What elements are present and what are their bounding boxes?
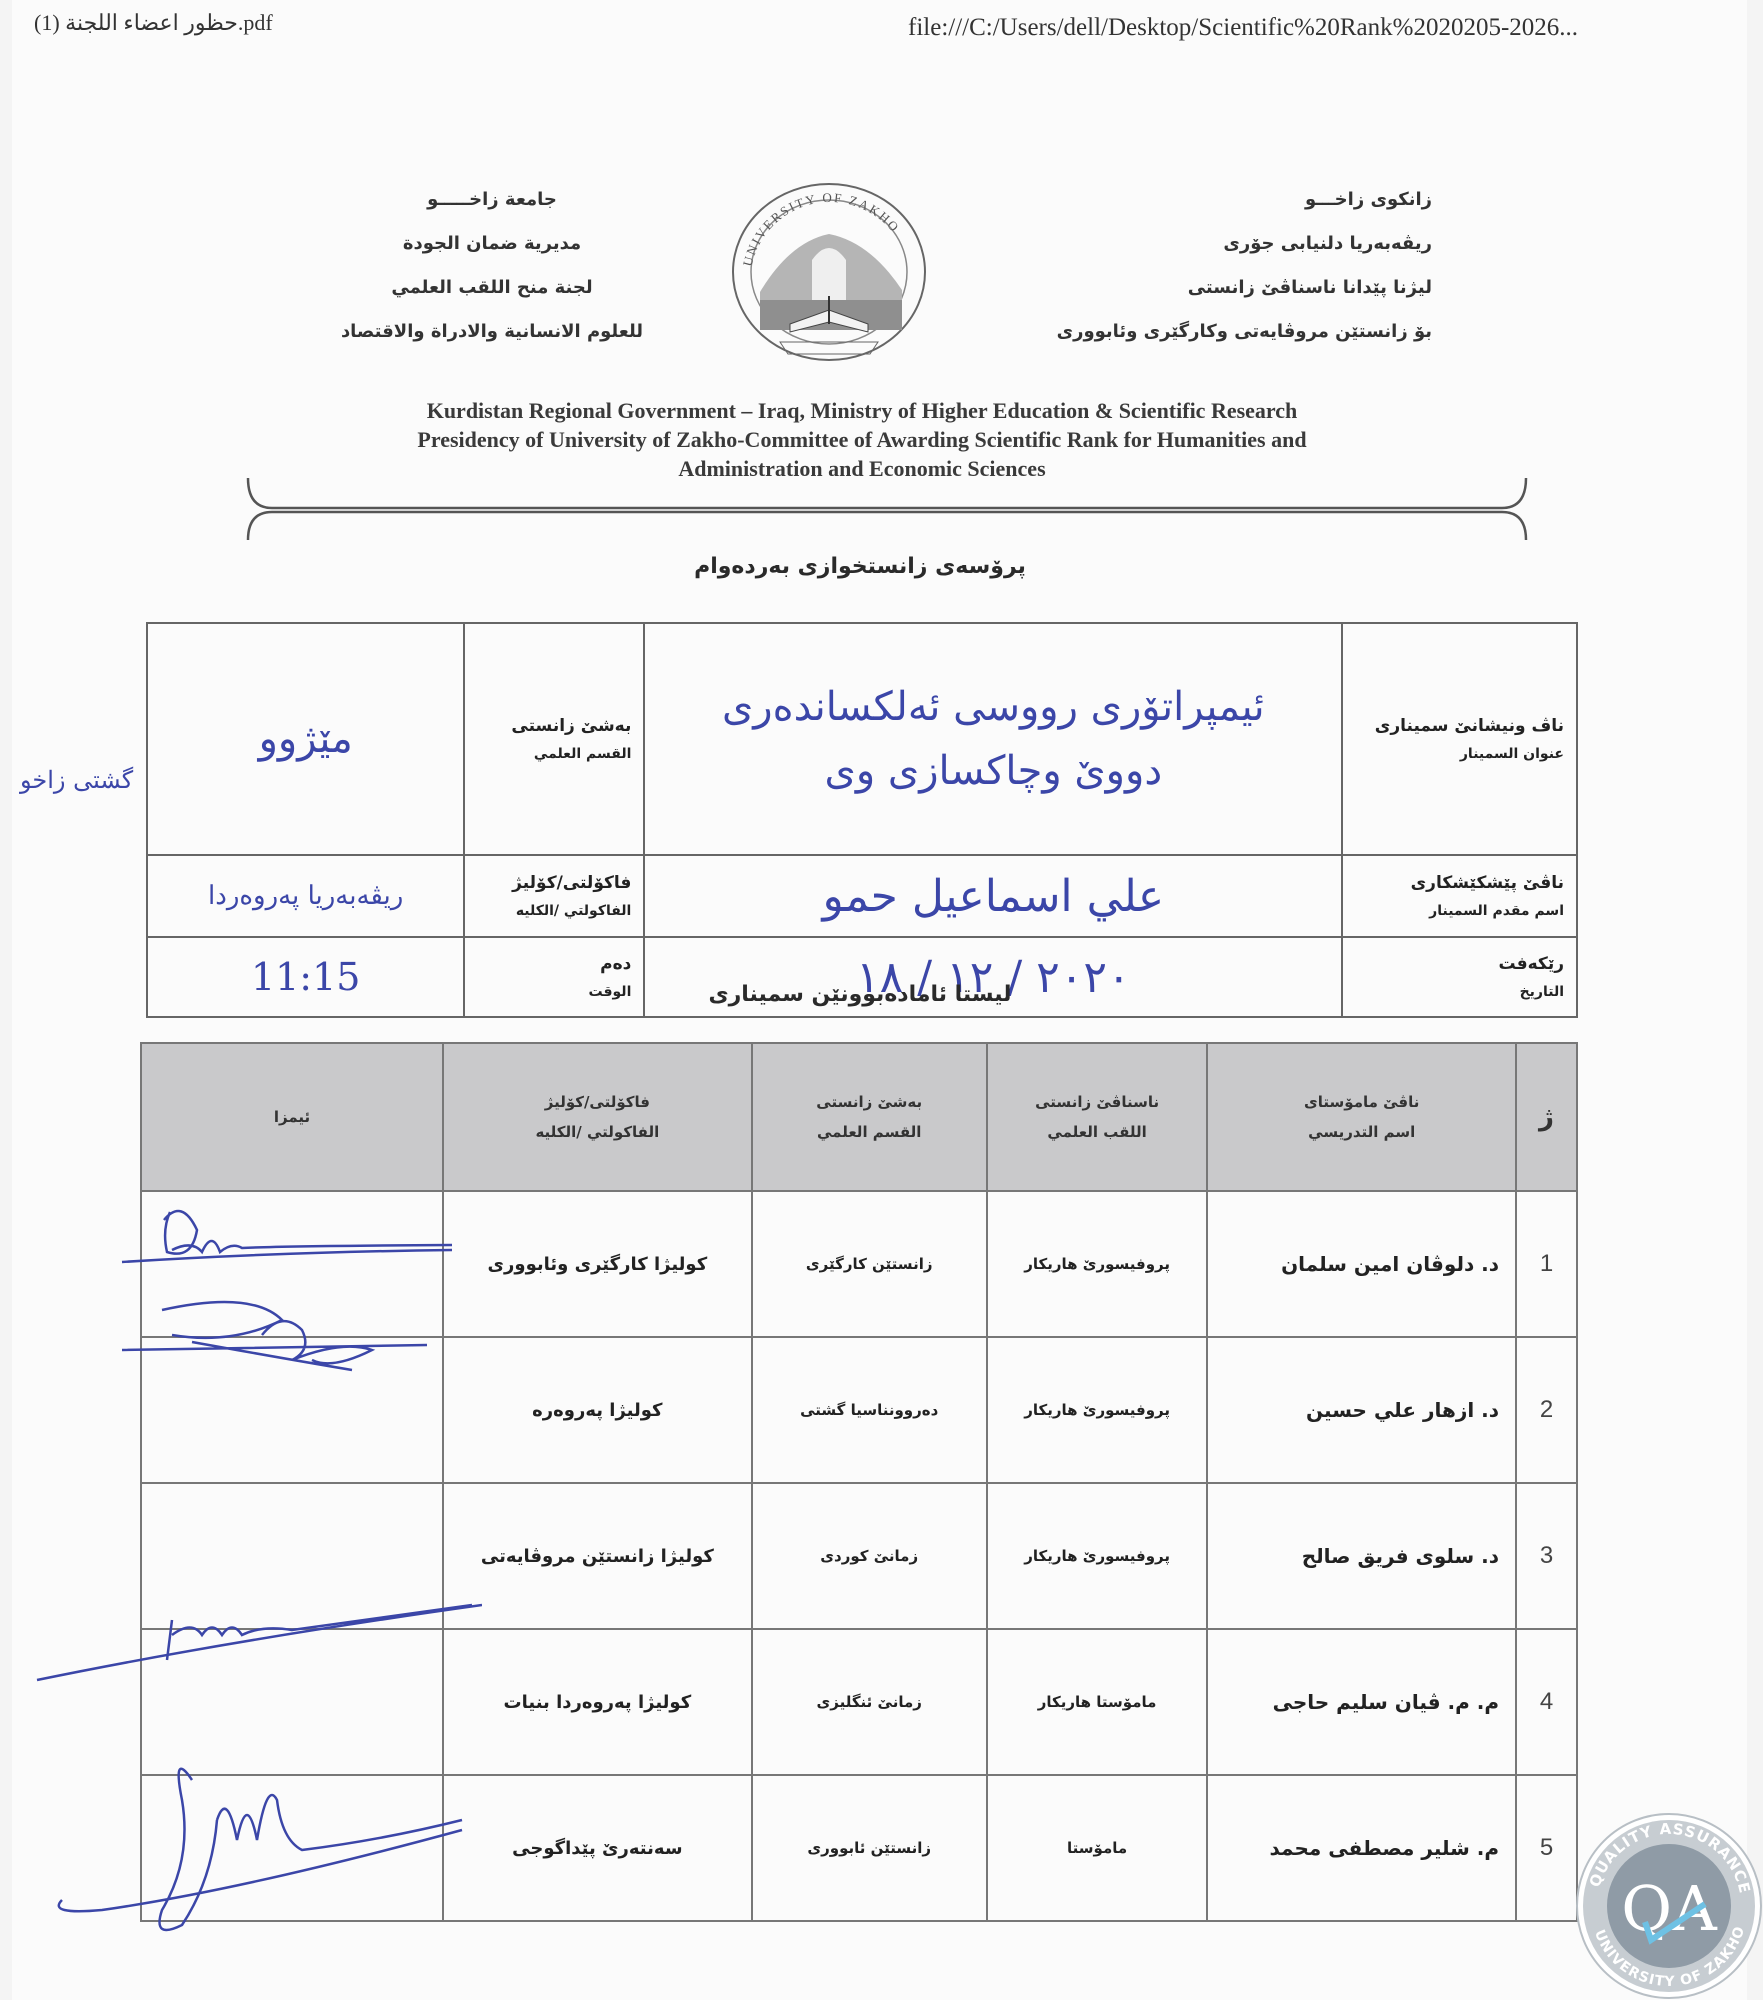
letterhead-line: زانكوى زاخـــو <box>1012 178 1432 222</box>
rank-cell: مامۆستا هاريكار <box>987 1629 1208 1775</box>
label-ar: القسم العلمي <box>477 741 631 767</box>
signature-cell <box>141 1629 443 1775</box>
header-ku: ناڤێ مامۆستای <box>1209 1087 1514 1117</box>
attendance-table: ئیمزا فاکۆلتی/کۆلیژ الفاكولتي /الكليه بە… <box>140 1042 1578 1922</box>
pdf-file-url: file:///C:/Users/dell/Desktop/Scientific… <box>908 14 1578 42</box>
letterhead-line: مديرية ضمان الجودة <box>292 222 692 266</box>
header-ku: فاکۆلتی/کۆلیژ <box>445 1087 749 1117</box>
name-cell: م. شلير مصطفى محمد <box>1207 1775 1516 1921</box>
signature-cell <box>141 1775 443 1921</box>
letterhead-line: ريڤەبەريا دلنيابى جۆرى <box>1012 222 1432 266</box>
number-cell: 5 <box>1516 1775 1577 1921</box>
department-cell: زمانێ ئنگليزى <box>752 1629 987 1775</box>
table-row: سەنتەرێ پێداگوجى زانستێن ئابوورى مامۆستا… <box>141 1775 1577 1921</box>
letterhead-kurdish: زانكوى زاخـــو ريڤەبەريا دلنيابى جۆرى لي… <box>1012 178 1432 354</box>
seminar-section-title: پرۆسەی زانستخوازی بەردەوام <box>560 554 1160 579</box>
faculty-cell: كوليژا پەروەرە <box>443 1337 751 1483</box>
header-ar: القسم العلمي <box>754 1117 985 1147</box>
label-ku: بەشێ زانستی <box>511 716 631 736</box>
letterhead-english-line: Kurdistan Regional Government – Iraq, Mi… <box>312 396 1412 425</box>
seminar-title-value: ئیمپراتۆری رووسی ئەلکساندەری دووێ وچاکسا… <box>644 623 1342 855</box>
label-ar: اسم مقدم السمينار <box>1355 898 1564 924</box>
number-cell: 1 <box>1516 1191 1577 1337</box>
table-row: كوليژا پەروەرە دەروونناسيا گشتى پروفيسور… <box>141 1337 1577 1483</box>
letterhead-line: جامعة زاخـــــو <box>292 178 692 222</box>
attendance-section-title: ليستا ئامادەبوونێن سمیناری <box>560 982 1160 1007</box>
faculty-value: ریڤەبەریا پەروەردا <box>147 855 464 937</box>
header-ar: اسم التدريسي <box>1209 1117 1514 1147</box>
attendance-header-row: ئیمزا فاکۆلتی/کۆلیژ الفاكولتي /الكليه بە… <box>141 1043 1577 1191</box>
pdf-file-name: حظور اعضاء اللجنة (1).pdf <box>34 10 273 36</box>
name-cell: د. دلوڤان امين سلمان <box>1207 1191 1516 1337</box>
faculty-label: فاكۆلتى/كۆليژ الفاكولتي /الكليه <box>464 855 644 937</box>
number-cell: 2 <box>1516 1337 1577 1483</box>
time-value: 11:15 <box>147 937 464 1017</box>
seminar-info-table: مێژوو بەشێ زانستی القسم العلمي ئیمپراتۆر… <box>146 622 1578 1018</box>
label-ar: الفاكولتي /الكليه <box>477 898 631 924</box>
table-row: كوليژا كارگێرى وئابوورى زانستێن كارگێرى … <box>141 1191 1577 1337</box>
table-row: كوليژا پەروەردا بنيات زمانێ ئنگليزى مامۆ… <box>141 1629 1577 1775</box>
col-signature: ئیمزا <box>141 1043 443 1191</box>
seminar-title-line: دووێ وچاکسازی وی <box>646 739 1340 803</box>
department-cell: دەروونناسيا گشتى <box>752 1337 987 1483</box>
faculty-cell: كوليژا زانستێن مروڤايەتى <box>443 1483 751 1629</box>
name-cell: د. ازهار علي حسين <box>1207 1337 1516 1483</box>
header-ar: الفاكولتي /الكليه <box>445 1117 749 1147</box>
col-faculty: فاکۆلتی/کۆلیژ الفاكولتي /الكليه <box>443 1043 751 1191</box>
quality-assurance-stamp-icon: QUALITY ASSURANCE UNIVERSITY OF ZAKHO QA <box>1575 1812 1763 2000</box>
rank-cell: مامۆستا <box>987 1775 1208 1921</box>
col-number: ژ <box>1516 1043 1577 1191</box>
letterhead-english: Kurdistan Regional Government – Iraq, Mi… <box>312 396 1412 483</box>
label-ar: عنوان السمينار <box>1355 741 1564 767</box>
presenter-label: ناڤێ پێشکێشکاری اسم مقدم السمينار <box>1342 855 1577 937</box>
department-cell: زانستێن ئابوورى <box>752 1775 987 1921</box>
table-row: كوليژا زانستێن مروڤايەتى زمانێ كوردى پرو… <box>141 1483 1577 1629</box>
letterhead-arabic: جامعة زاخـــــو مديرية ضمان الجودة لجنة … <box>292 178 692 354</box>
label-ku: ناڤ ونیشانێ سمیناری <box>1375 716 1564 736</box>
university-logo-icon: UNIVERSITY OF ZAKHO <box>720 172 938 362</box>
number-cell: 3 <box>1516 1483 1577 1629</box>
faculty-cell: سەنتەرێ پێداگوجى <box>443 1775 751 1921</box>
seminar-title-label: ناڤ ونیشانێ سمیناری عنوان السمينار <box>1342 623 1577 855</box>
seminar-title-line: ئیمپراتۆری رووسی ئەلکساندەری <box>646 675 1340 739</box>
name-cell: د. سلوى فريق صالح <box>1207 1483 1516 1629</box>
letterhead-line: للعلوم الانسانية والادراة والاقتصاد <box>292 310 692 354</box>
letterhead-english-line: Presidency of University of Zakho-Commit… <box>312 425 1412 454</box>
label-ku: رێکەفت <box>1499 954 1565 974</box>
rank-cell: پروفيسورێ هاريكار <box>987 1191 1208 1337</box>
department-value: مێژوو <box>147 623 464 855</box>
col-rank: ناسناڤێ زانستی اللقب العلمي <box>987 1043 1208 1191</box>
handwritten-margin-note: گشتی زاخو <box>20 766 133 794</box>
signature-cell <box>141 1337 443 1483</box>
label-ar: التاريخ <box>1355 979 1564 1005</box>
date-label: رێکەفت التاريخ <box>1342 937 1577 1017</box>
rank-cell: پروفيسورێ هاريكار <box>987 1337 1208 1483</box>
letterhead-line: ليژنا پێدانا ناسناڤێ زانستى <box>1012 266 1432 310</box>
letterhead-line: لجنة منح اللقب العلمي <box>292 266 692 310</box>
department-cell: زمانێ كوردى <box>752 1483 987 1629</box>
signature-cell <box>141 1483 443 1629</box>
label-ku: ناڤێ پێشکێشکاری <box>1411 873 1564 893</box>
header-ku: بەشێ زانستی <box>754 1087 985 1117</box>
faculty-cell: كوليژا پەروەردا بنيات <box>443 1629 751 1775</box>
faculty-cell: كوليژا كارگێرى وئابوورى <box>443 1191 751 1337</box>
department-label: بەشێ زانستی القسم العلمي <box>464 623 644 855</box>
label-ku: دەم <box>600 954 631 974</box>
name-cell: م. م. ڤيان سليم حاجى <box>1207 1629 1516 1775</box>
presenter-value: علي اسماعيل حمو <box>644 855 1342 937</box>
col-department: بەشێ زانستی القسم العلمي <box>752 1043 987 1191</box>
label-ku: فاكۆلتى/كۆليژ <box>512 873 631 893</box>
signature-cell <box>141 1191 443 1337</box>
department-cell: زانستێن كارگێرى <box>752 1191 987 1337</box>
number-cell: 4 <box>1516 1629 1577 1775</box>
col-name: ناڤێ مامۆستای اسم التدريسي <box>1207 1043 1516 1191</box>
rank-cell: پروفيسورێ هاريكار <box>987 1483 1208 1629</box>
header-ku: ناسناڤێ زانستی <box>989 1087 1206 1117</box>
header-divider <box>242 478 1532 540</box>
letterhead-line: بۆ زانستێن مروڤايەتى وكارگێرى وئابوورى <box>1012 310 1432 354</box>
document-page: حظور اعضاء اللجنة (1).pdf file:///C:/Use… <box>12 0 1747 2000</box>
header-ar: اللقب العلمي <box>989 1117 1206 1147</box>
